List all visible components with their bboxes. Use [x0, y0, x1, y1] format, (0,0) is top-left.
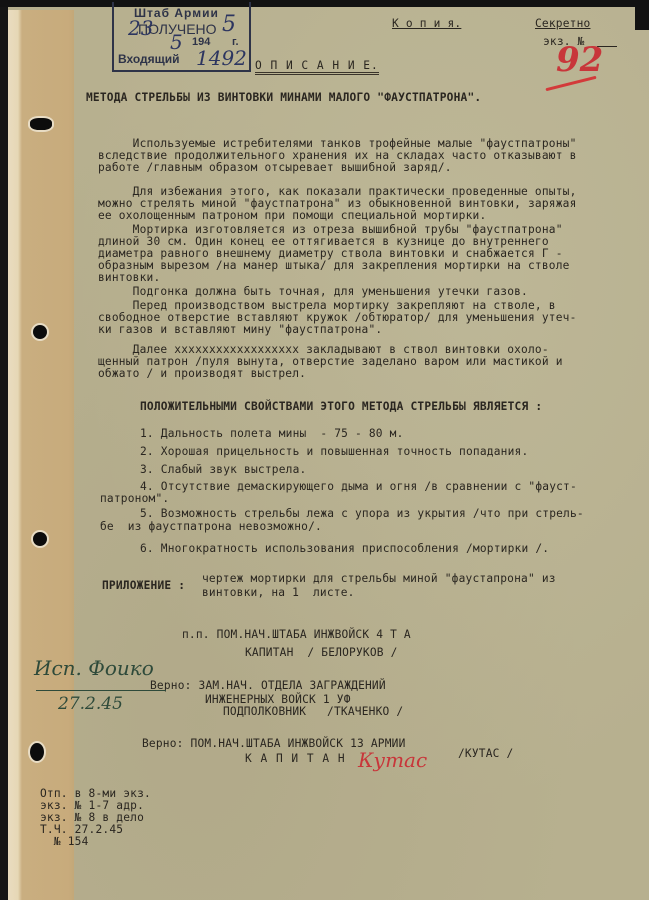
paragraph-3-line-4: образным вырезом /на манер штыка/ для за… [98, 260, 570, 272]
punch-hole [33, 325, 47, 339]
incoming-stamp: Штаб Армии ПОЛУЧЕНО 23 5 194 5 г. Входящ… [112, 2, 251, 72]
paragraph-5-line-3: ки газов и вставляют мину "фаустпатрона"… [98, 324, 382, 336]
stamp-incoming-label: Входящий [118, 52, 180, 66]
advantages-heading: ПОЛОЖИТЕЛЬНЫМИ СВОЙСТВАМИ ЭТОГО МЕТОДА С… [140, 401, 542, 413]
signature-3-rank: К А П И Т А Н [245, 753, 346, 765]
footer-line-5: № 154 [40, 836, 89, 848]
advantage-item-5-line-1: 5. Возможность стрельбы лежа с упора из … [140, 508, 584, 520]
paragraph-4-line-1: Подгонка должна быть точная, для уменьше… [98, 286, 528, 298]
advantage-item-4-line-2: патроном". [100, 493, 169, 505]
secrecy-label: Секретно [535, 18, 590, 30]
signature-1-title: п.п. ПОМ.НАЧ.ШТАБА ИНЖВОЙСК 4 Т А [182, 629, 411, 641]
punch-hole [30, 743, 44, 761]
advantage-item-6: 6. Многократность использования приспосо… [140, 543, 549, 555]
paragraph-1-line-3: работе /главным образом отсыревает вышиб… [98, 162, 452, 174]
binding-margin [8, 10, 74, 900]
paragraph-6-line-3: обжато / и производят выстрел. [98, 368, 306, 380]
advantage-item-2: 2. Хорошая прицельность и повышенная точ… [140, 446, 528, 458]
scan-top-edge [0, 0, 649, 7]
signature-1-name: КАПИТАН / БЕЛОРУКОВ / [245, 647, 398, 659]
advantage-item-4-line-1: 4. Отсутствие демаскирующего дыма и огня… [140, 481, 577, 493]
stamp-month: 5 [170, 30, 183, 54]
paragraph-3-line-5: винтовки. [98, 272, 160, 284]
appendix-label: ПРИЛОЖЕНИЕ : [102, 580, 185, 592]
handwritten-executor: Исп. Фоико [34, 656, 154, 680]
torn-punch-hole [30, 118, 52, 130]
stamp-year-digit: 5 [222, 12, 236, 37]
signature-2-title: Верно: ЗАМ.НАЧ. ОТДЕЛА ЗАГРАЖДЕНИЙ [150, 680, 386, 692]
signature-3-name: /КУТАС / [458, 748, 513, 760]
paragraph-2-line-3: ее охолощенным патроном при помощи специ… [98, 210, 486, 222]
advantage-item-5-line-2: бе из фаустпатрона невозможно/. [100, 521, 322, 533]
copy-label: К о п и я. [392, 18, 461, 30]
handwritten-rule [36, 690, 166, 691]
advantage-item-1: 1. Дальность полета мины - 75 - 80 м. [140, 428, 404, 440]
punch-hole [33, 532, 47, 546]
appendix-line-1: чертеж мортирки для стрельбы миной "фаус… [202, 573, 556, 585]
handwritten-signature: Кутас [358, 748, 427, 772]
red-file-number: 92 [556, 40, 603, 80]
stamp-day: 23 [128, 16, 153, 40]
signature-2-name: ПОДПОЛКОВНИК /ТКАЧЕНКО / [223, 706, 403, 718]
handwritten-date: 27.2.45 [58, 694, 123, 714]
scan-corner [635, 0, 649, 30]
document-heading: О П И С А Н И Е. [255, 60, 379, 75]
document-subtitle: МЕТОДА СТРЕЛЬБЫ ИЗ ВИНТОВКИ МИНАМИ МАЛОГ… [86, 92, 481, 104]
advantage-item-3: 3. Слабый звук выстрела. [140, 464, 306, 476]
stamp-incoming-number: 1492 [196, 46, 247, 70]
appendix-line-2: винтовки, на 1 листе. [202, 587, 355, 599]
